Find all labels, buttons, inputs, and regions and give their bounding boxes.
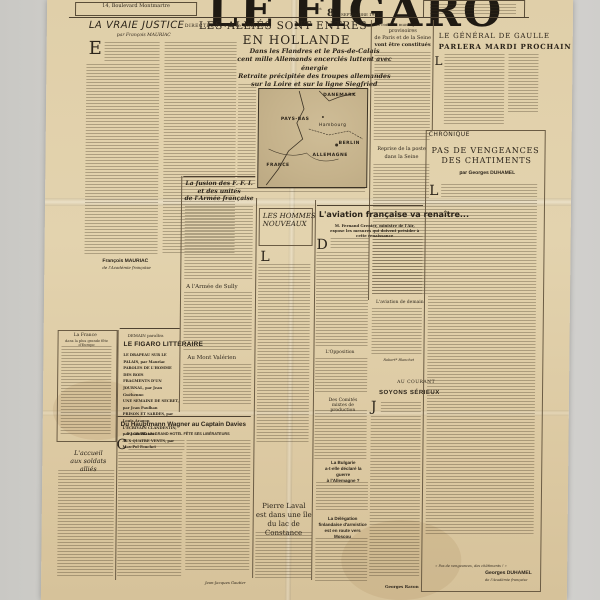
subhead-valerien: Au Mont Valérien [187, 355, 236, 361]
headline-wagner: Du Hauptmann Wagner au Captain Davies [121, 421, 246, 428]
text-body [371, 308, 421, 354]
text-body [315, 252, 368, 348]
headline-soyons-serieux: SOYONS SÉRIEUX [379, 390, 440, 396]
signature-mauriac: François MAURIAC [102, 258, 148, 264]
dropcap-chronique: L [429, 182, 438, 200]
headline-chronique-2: DES CHATIMENTS [441, 156, 531, 165]
signature-gautier: Jean-Jacques Gautier [205, 580, 246, 585]
text-body [61, 346, 112, 436]
headline-line: NOUVEAUX [263, 220, 316, 228]
text-body [237, 188, 365, 194]
text-body [369, 416, 421, 578]
headline-allies: LES ALLIÉS SONT ENTRÉS [199, 20, 368, 32]
signature-mauriac-sub: de l'Académie française [102, 265, 150, 270]
list-item: PAROLES DE L'HOMME DES BOIS [123, 365, 181, 378]
dropcap-au-courant: J [371, 398, 377, 416]
headline-line: vont être constitués [373, 42, 433, 49]
headline-finlande: La Délégation finlandaise d'armistice es… [317, 516, 367, 540]
text-body [117, 452, 182, 576]
text-body [237, 84, 256, 184]
headline-line: La fusion des F. F. I. [183, 180, 255, 188]
figaro-litteraire-list: LE DRAPEAU SUR LE PALAIS, par Mauriac PA… [122, 352, 181, 451]
byline-duhamel: par Georges DUHAMEL [459, 170, 515, 176]
text-body [315, 538, 367, 582]
headline-line: a-t-elle déclaré la guerre [318, 466, 368, 478]
text-body [508, 54, 539, 114]
text-body [441, 184, 537, 198]
text-body [316, 482, 368, 510]
date-block: 2 francs [305, 6, 322, 11]
headline-line: Reprise de la poste [372, 146, 432, 154]
text-body [426, 200, 538, 536]
text-body [444, 54, 505, 124]
headline-line: LES HOMMES [263, 212, 316, 220]
text-body [84, 64, 159, 254]
deck-wagner: DU GRAND UN GRAND HOTEL FÊTE SES LIBÉRAT… [127, 432, 230, 436]
text-body [185, 440, 250, 570]
headline-line: de l'Armée française [183, 195, 255, 203]
headline-degaulle: LE GÉNÉRAL DE GAULLE [439, 32, 550, 40]
signature-robert: Robert* Blanchet [383, 358, 414, 362]
subhead-opposition: L'Opposition [325, 350, 354, 355]
section-rule [317, 205, 423, 206]
list-item: LE DRAPEAU SUR LE PALAIS, par Mauriac [123, 352, 181, 365]
headline-line: et des unités [183, 188, 255, 196]
signature-duhamel: Georges DUHAMEL [485, 570, 532, 576]
text-body [183, 364, 251, 404]
masthead-rule [69, 17, 529, 18]
map-europe: DANEMARK PAYS-BAS Hambourg BERLIN FRANCE… [257, 88, 368, 188]
section-rule [183, 176, 255, 177]
closing-quote: « Pas de vengeances, des châtiments ! » [435, 564, 507, 568]
kicker-demain: DEMAIN paraîtra [128, 333, 164, 338]
signature-duhamel-sub: de l'Académie française [485, 578, 527, 582]
headline-poste: Reprise de la poste dans la Seine [371, 146, 431, 161]
text-body [57, 470, 114, 576]
edition-price: 2 francs [305, 6, 322, 11]
text-body [331, 238, 369, 250]
headline-hommes: LES HOMMES NOUVEAUX [263, 212, 316, 228]
headline-degaulle-2: PARLERA MARDI PROCHAIN [439, 42, 572, 51]
headline-ffi: La fusion des F. F. I. et des unités de … [183, 180, 255, 203]
headline-line: dans la Seine [371, 154, 431, 162]
text-body [256, 264, 310, 444]
text-body [255, 532, 312, 580]
headline-aviation: L'aviation française va renaître... [319, 210, 469, 219]
text-body [184, 206, 253, 280]
text-body [315, 358, 367, 394]
map-label: PAYS-BAS [281, 117, 310, 122]
text-body [128, 440, 184, 450]
kicker-chronique: CHRONIQUE [429, 131, 470, 138]
section-rule [120, 328, 180, 329]
newspaper-page: 14, Boulevard Montmartre LE FIGARO DIREC… [41, 0, 573, 600]
map-outline-icon [258, 89, 367, 187]
section-rule [117, 416, 251, 417]
list-item: UNE SEMAINE DE SECRET, par Jean Paulhan [123, 398, 181, 411]
headline-figaro-litteraire: LE FIGARO LITTÉRAIRE [123, 341, 203, 348]
byline-justice: par François MAURIAC [117, 33, 171, 38]
map-label: Hambourg [319, 123, 347, 128]
headline-line: Pierre Laval [256, 502, 312, 511]
dropcap-degaulle: L [434, 52, 442, 70]
text-body [372, 236, 423, 296]
headline-justice: LA VRAIE JUSTICE [89, 20, 185, 31]
kicker-au-courant: AU COURANT [397, 380, 435, 385]
signature-ravon: Georges Ravon [385, 584, 419, 589]
headline-bulgarie: La Bulgarie a-t-elle déclaré la guerre à… [318, 460, 368, 484]
headline-municipal: provisoires de Paris et de la Seine vont… [373, 28, 433, 49]
map-label: DANEMARK [323, 93, 356, 98]
map-label: FRANCE [266, 163, 289, 168]
text-body [104, 42, 159, 62]
headline-line: de Paris et de la Seine [373, 35, 433, 42]
text-body [430, 4, 516, 14]
address-box: 14, Boulevard Montmartre [75, 2, 197, 16]
text-body [314, 410, 367, 460]
headline-line: L'accueil [64, 450, 112, 458]
map-label: ALLEMAGNE [312, 153, 347, 158]
list-item: FRAGMENTS D'UN JOURNAL, par Jean Guéhenn… [123, 378, 181, 398]
text-body [381, 402, 421, 414]
address-text: 14, Boulevard Montmartre [102, 3, 170, 9]
column-rule [432, 20, 434, 130]
headline-chronique: PAS DE VENGEANCES [432, 146, 540, 155]
headline-hollande: EN HOLLANDE [243, 33, 351, 47]
text-body [374, 52, 431, 140]
subhead-sully: A l'Armée de Sully [186, 284, 238, 290]
subhead-aviation-demain: L'aviation de demain [376, 300, 424, 305]
map-label: BERLIN [339, 141, 360, 146]
dropcap-justice: E [89, 40, 102, 58]
headline-line: est dans une île [256, 511, 312, 520]
kicker-municipal: Les conseils municipaux [373, 22, 422, 27]
top-right-box [423, 0, 525, 18]
headline-line: provisoires [373, 28, 433, 35]
headline-france: La France [74, 333, 97, 338]
